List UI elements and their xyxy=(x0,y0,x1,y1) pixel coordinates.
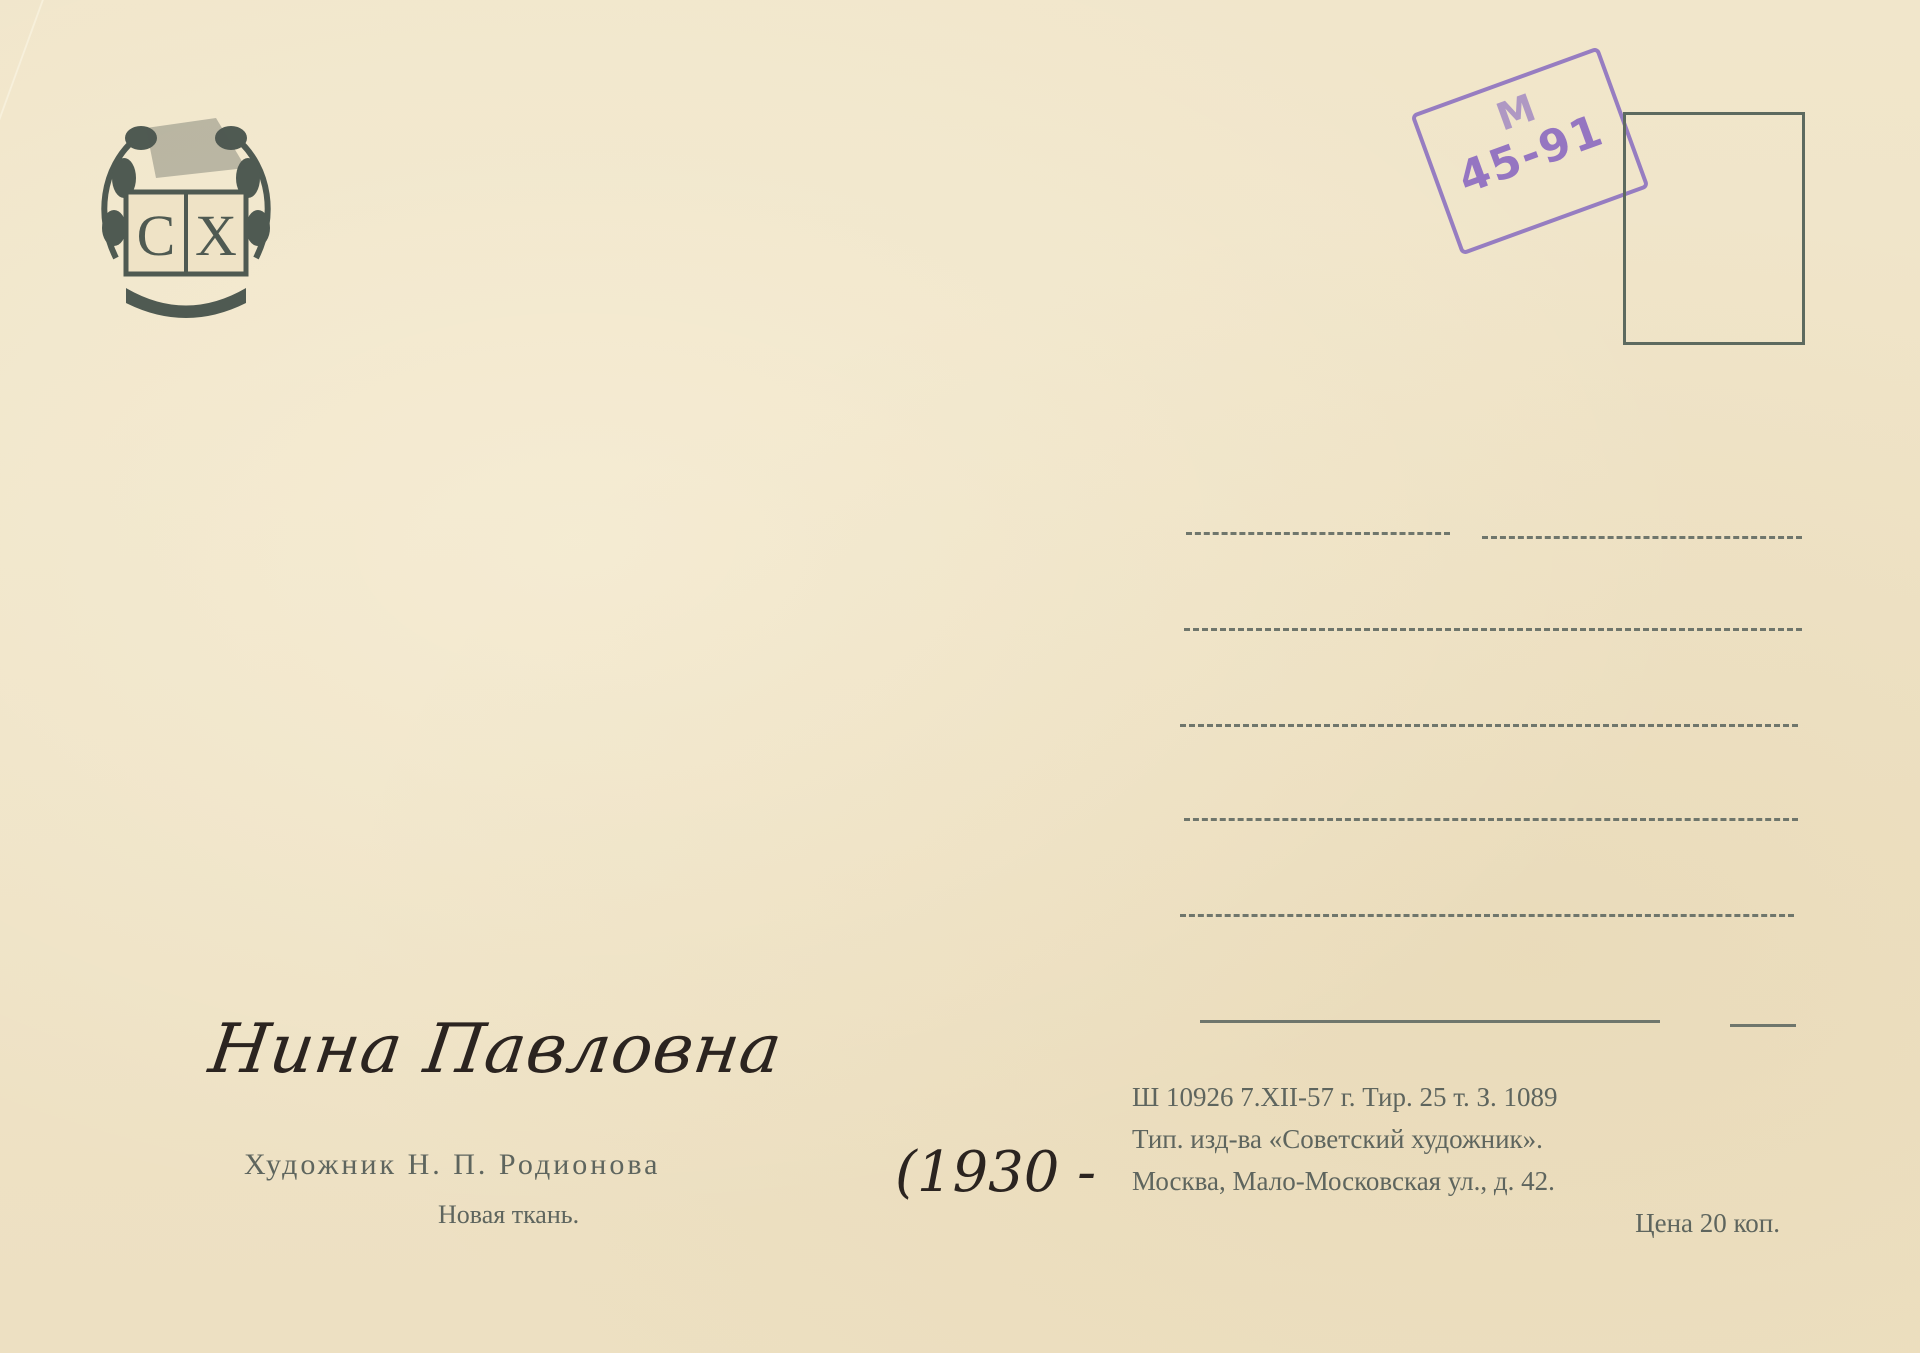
postmark-stamp: М 45-91 xyxy=(1410,46,1649,255)
imprint-line-2: Тип. изд-ва «Советский художник». xyxy=(1132,1118,1780,1160)
address-line-5 xyxy=(1180,914,1794,917)
stamp-placement-box xyxy=(1623,112,1805,345)
address-line-6a xyxy=(1200,1020,1660,1023)
emblem-letter-x: Х xyxy=(195,203,237,268)
handwritten-name: Нина Павловна xyxy=(204,1010,787,1089)
imprint-line-1: Ш 10926 7.XII-57 г. Тир. 25 т. З. 1089 xyxy=(1132,1076,1780,1118)
address-line-6b xyxy=(1730,1024,1796,1027)
publisher-imprint: Ш 10926 7.XII-57 г. Тир. 25 т. З. 1089 Т… xyxy=(1132,1076,1780,1244)
cx-emblem-icon: С Х xyxy=(96,108,276,320)
imprint-line-3: Москва, Мало-Московская ул., д. 42. xyxy=(1132,1160,1780,1202)
handwritten-years: (1930 - xyxy=(895,1140,1096,1205)
address-line-3 xyxy=(1180,724,1798,727)
address-line-4 xyxy=(1184,818,1798,821)
address-line-1a xyxy=(1186,532,1450,535)
address-line-2 xyxy=(1184,628,1802,631)
postcard-back: С Х М 45-91 Нина Павловна (1930 - Художн… xyxy=(0,0,1920,1353)
artwork-title: Новая ткань. xyxy=(438,1200,579,1230)
artist-caption: Художник Н. П. Родионова xyxy=(244,1148,660,1182)
address-line-1b xyxy=(1482,536,1802,539)
emblem-letter-c: С xyxy=(137,203,176,268)
price-label: Цена 20 коп. xyxy=(1132,1202,1780,1244)
paper-crease xyxy=(0,0,104,120)
